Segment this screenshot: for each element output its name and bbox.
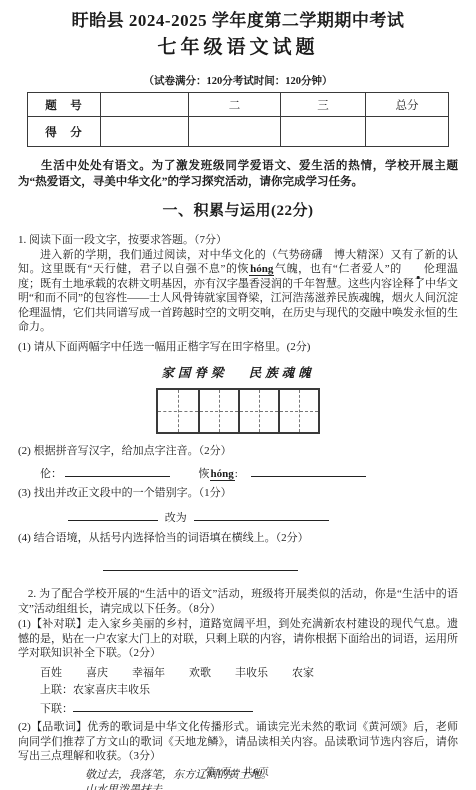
- change-to-label: 改为: [165, 512, 187, 524]
- score-cell-section2: 二: [189, 93, 281, 117]
- passage-pinyin-underlined: hóng: [249, 263, 274, 276]
- score-cell-section3: 三: [281, 93, 366, 117]
- calligraphy-phrase-2: 民族魂魄: [249, 366, 315, 380]
- tianzige-cell: [198, 390, 238, 432]
- exam-subject-title: 七年级语文试题: [18, 36, 458, 60]
- answer-blank: [68, 510, 158, 521]
- char-hui: 恢: [199, 468, 210, 480]
- question-1-sub4-answer-row: [103, 558, 458, 576]
- score-table-label-score: 得 分: [28, 117, 101, 147]
- colon: :: [235, 468, 238, 480]
- tianzige-grid-wrap: [18, 388, 458, 434]
- lower-couplet-row: 下联：: [40, 701, 458, 717]
- answer-blank: [103, 560, 298, 571]
- exam-paper-page: 盱眙县 2024-2025 学年度第二学期期中考试 七年级语文试题 （试卷满分：…: [0, 0, 476, 790]
- question-1-sub2-answer-row: 伦： 恢hóng:: [40, 465, 458, 481]
- score-cell-empty: [189, 117, 281, 147]
- word-bank: 百姓 喜庆 幸福年 欢歌 丰收乐 农家: [40, 664, 458, 680]
- word-bank-item: 百姓: [40, 664, 62, 680]
- calligraphy-phrases: 家国脊梁 民族魂魄: [18, 363, 458, 381]
- score-cell-total-label: 总分: [366, 93, 449, 117]
- tianzige-cell: [278, 390, 318, 432]
- page-number-footer: 第1页 共6页: [0, 764, 476, 778]
- pinyin-hong-underlined: hóng: [210, 468, 235, 481]
- intro-paragraph: 生活中处处有语文。为了激发班级同学爱语文、爱生活的热情，学校开展主题为“热爱语文…: [18, 158, 458, 190]
- question-2-stem: 2. 为了配合学校开展的“生活中的语文”活动，班级将开展类似的活动，你是“生活中…: [18, 587, 458, 616]
- answer-blank: [65, 466, 170, 477]
- question-1-stem: 1. 阅读下面一段文字，按要求答题。（7分）: [18, 233, 458, 247]
- score-table-score-row: 得 分: [28, 117, 449, 147]
- question-1-sub2-label: (2) 根据拼音写汉字，给加点字注音。（2分）: [18, 444, 458, 458]
- answer-blank: [194, 510, 329, 521]
- score-cell-empty: [366, 117, 449, 147]
- answer-blank: [251, 466, 366, 477]
- question-1-sub3-answer-row: 改为: [68, 509, 458, 525]
- passage-segment: 气魄，也有“仁者爱人”的: [274, 263, 401, 275]
- score-table: 题 号 二 三 总分 得 分: [27, 92, 449, 147]
- calligraphy-phrase-1: 家国脊梁: [161, 366, 227, 380]
- word-bank-item: 丰收乐: [235, 664, 268, 680]
- exam-title: 盱眙县 2024-2025 学年度第二学期期中考试: [18, 10, 458, 32]
- question-1-sub3-label: (3) 找出并改正文段中的一个错别字。（1分）: [18, 486, 458, 500]
- lyric-line-2: 山水里泼墨抹去，: [85, 782, 458, 790]
- word-bank-item: 喜庆: [86, 664, 108, 680]
- lower-couplet-label: 下联：: [40, 703, 73, 715]
- question-1-sub4-label: (4) 结合语境，从括号内选择恰当的词语填在横线上。（2分）: [18, 531, 458, 545]
- dotted-char-lun: 伦: [40, 468, 51, 480]
- question-2-sub2-label: (2)【品歌词】优秀的歌词是中华文化传播形式。诵读完光未然的歌词《黄河颂》后，老…: [18, 720, 458, 763]
- answer-blank: [73, 701, 253, 712]
- score-cell-section1: [101, 93, 189, 117]
- question-1-passage: 进入新的学期，我们通过阅读，对中华文化的（气势磅礴 博大精深）又有了新的认知。这…: [18, 248, 458, 334]
- word-bank-item: 欢歌: [189, 664, 211, 680]
- tianzige-grid: [156, 388, 320, 434]
- upper-couplet: 上联：农家喜庆丰收乐: [40, 683, 458, 698]
- score-cell-empty: [281, 117, 366, 147]
- section-heading: 一、积累与运用(22分): [18, 199, 458, 220]
- tianzige-cell: [158, 390, 198, 432]
- word-bank-item: 幸福年: [132, 664, 165, 680]
- passage-dotted-char: 伦: [402, 262, 435, 276]
- question-1-sub1-label: (1) 请从下面两幅字中任选一幅用正楷字写在田字格里。(2分): [18, 340, 458, 354]
- question-2-sub1-label: (1)【补对联】走入家乡美丽的乡村，道路宽阔平坦，到处充满新农村建设的现代气息。…: [18, 617, 458, 660]
- tianzige-cell: [238, 390, 278, 432]
- colon: ：: [51, 468, 62, 480]
- word-bank-item: 农家: [292, 664, 314, 680]
- score-table-header-row: 题 号 二 三 总分: [28, 93, 449, 117]
- score-table-label-question-number: 题 号: [28, 93, 101, 117]
- score-cell-empty: [101, 117, 189, 147]
- exam-subtitle: （试卷满分：120分考试时间：120分钟）: [18, 73, 458, 88]
